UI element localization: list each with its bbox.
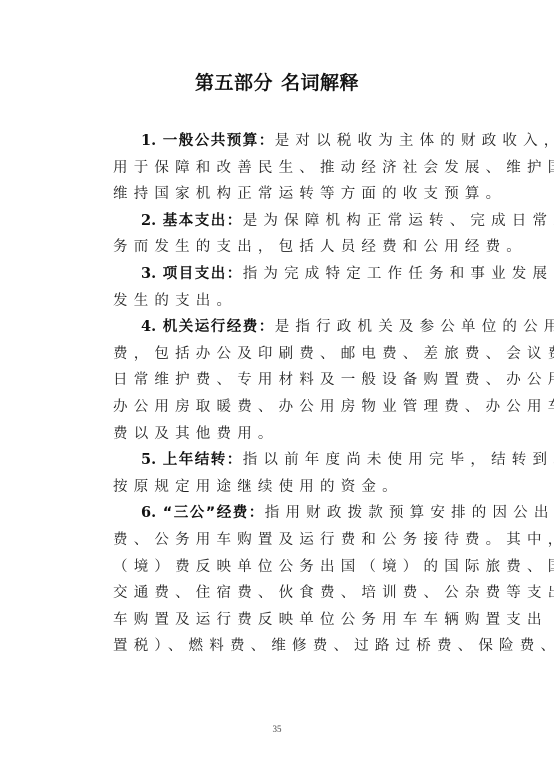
entry-term-text: 一般公共预算：: [163, 133, 275, 149]
entry-line: 费、公务用车购置及运行费和公务接待费。其中，因公出国: [85, 527, 475, 554]
glossary-entry-three-public-expenses: 6. “三公”经费：指用财政拨款预算安排的因公出国（境） 费、公务用车购置及运行…: [85, 500, 475, 660]
entry-text: 指用财政拨款预算安排的因公出国（境）: [265, 505, 554, 521]
entry-line: 6. “三公”经费：指用财政拨款预算安排的因公出国（境）: [85, 500, 475, 527]
page-number: 35: [0, 724, 554, 734]
glossary-body: 1. 一般公共预算：是对以税收为主体的财政收入，安排 用于保障和改善民生、推动经…: [85, 128, 475, 660]
title-name: 名词解释: [281, 72, 359, 94]
entry-term-text: 上年结转：: [163, 452, 243, 468]
entry-line: 维持国家机构正常运转等方面的收支预算。: [85, 181, 475, 208]
entry-text: 是为保障机构正常运转、完成日常工作任: [243, 213, 554, 229]
entry-line: 日常维护费、专用材料及一般设备购置费、办公用房水电费、: [85, 367, 475, 394]
entry-line: 交通费、住宿费、伙食费、培训费、公杂费等支出；公务用: [85, 580, 475, 607]
entry-number: 1.: [141, 132, 156, 149]
glossary-entry-basic-expenditure: 2. 基本支出：是为保障机构正常运转、完成日常工作任 务而发生的支出，包括人员经…: [85, 208, 475, 261]
entry-number: 6.: [141, 504, 156, 521]
entry-line: 4. 机关运行经费：是指行政机关及参公单位的公用经: [85, 314, 475, 341]
entry-text: 指以前年度尚未使用完毕，结转到本年仍: [243, 452, 554, 468]
entry-line: 2. 基本支出：是为保障机构正常运转、完成日常工作任: [85, 208, 475, 235]
entry-line: 费以及其他费用。: [85, 421, 475, 448]
entry-line: 3. 项目支出：指为完成特定工作任务和事业发展目标所: [85, 261, 475, 288]
entry-term: 5. 上年结转：: [141, 452, 243, 468]
entry-term: 2. 基本支出：: [141, 213, 243, 229]
entry-text: 是对以税收为主体的财政收入，安排: [275, 133, 554, 149]
entry-line: 5. 上年结转：指以前年度尚未使用完毕，结转到本年仍: [85, 447, 475, 474]
entry-line: 1. 一般公共预算：是对以税收为主体的财政收入，安排: [85, 128, 475, 155]
page-title: 第五部分名词解释: [0, 68, 554, 95]
title-part: 第五部分: [195, 72, 273, 94]
entry-number: 4.: [141, 318, 156, 335]
glossary-entry-operating-expenses: 4. 机关运行经费：是指行政机关及参公单位的公用经 费，包括办公及印刷费、邮电费…: [85, 314, 475, 447]
entry-term: 6. “三公”经费：: [141, 505, 265, 521]
entry-line: 务而发生的支出，包括人员经费和公用经费。: [85, 234, 475, 261]
document-page: 第五部分名词解释 1. 一般公共预算：是对以税收为主体的财政收入，安排 用于保障…: [0, 0, 554, 783]
entry-term: 1. 一般公共预算：: [141, 133, 275, 149]
glossary-entry-prior-year-carryover: 5. 上年结转：指以前年度尚未使用完毕，结转到本年仍 按原规定用途继续使用的资金…: [85, 447, 475, 500]
entry-line: 按原规定用途继续使用的资金。: [85, 474, 475, 501]
entry-term-text: 项目支出：: [163, 266, 243, 282]
entry-text: 指为完成特定工作任务和事业发展目标所: [243, 266, 554, 282]
entry-text: 是指行政机关及参公单位的公用经: [275, 319, 554, 335]
entry-line: 用于保障和改善民生、推动经济社会发展、维护国家安全、: [85, 155, 475, 182]
entry-number: 2.: [141, 212, 156, 229]
entry-term-text: “三公”经费：: [163, 505, 265, 521]
glossary-entry-project-expenditure: 3. 项目支出：指为完成特定工作任务和事业发展目标所 发生的支出。: [85, 261, 475, 314]
glossary-entry-general-public-budget: 1. 一般公共预算：是对以税收为主体的财政收入，安排 用于保障和改善民生、推动经…: [85, 128, 475, 208]
entry-line: 费，包括办公及印刷费、邮电费、差旅费、会议费、福利费、: [85, 341, 475, 368]
entry-term-text: 基本支出：: [163, 213, 243, 229]
entry-line: 发生的支出。: [85, 288, 475, 315]
entry-line: （境）费反映单位公务出国（境）的国际旅费、国外城市间: [85, 554, 475, 581]
entry-number: 3.: [141, 265, 156, 282]
entry-number: 5.: [141, 451, 156, 468]
entry-line: 办公用房取暖费、办公用房物业管理费、办公用车运行维护: [85, 394, 475, 421]
entry-line: 车购置及运行费反映单位公务用车车辆购置支出（含车辆购: [85, 607, 475, 634]
entry-term: 4. 机关运行经费：: [141, 319, 275, 335]
entry-line: 置税）、燃料费、维修费、过路过桥费、保险费、安全奖励: [85, 633, 475, 660]
entry-term-text: 机关运行经费：: [163, 319, 275, 335]
entry-term: 3. 项目支出：: [141, 266, 243, 282]
